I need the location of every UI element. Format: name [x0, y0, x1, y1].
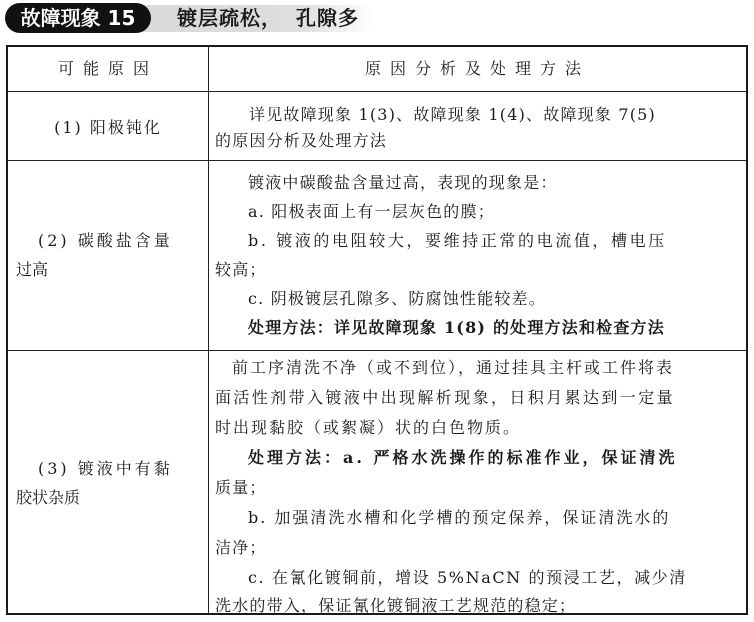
cause-cell: (2) 碳酸盐含量	[38, 231, 173, 251]
fault-title-part1: 镀层疏松，	[177, 6, 282, 30]
fault-title: 镀层疏松，孔隙多	[177, 3, 359, 33]
fault-number-badge: 故障现象 15	[5, 3, 151, 33]
header-analysis: 原因分析及处理方法	[209, 59, 746, 79]
analysis-line: 洗水的带入，保证氰化镀铜液工艺规范的稳定；	[215, 596, 576, 616]
analysis-line: 面活性剂带入镀液中出现解析现象，日积月累达到一定量	[215, 388, 675, 408]
row-divider	[8, 160, 746, 161]
troubleshooting-table: 可能原因 原因分析及处理方法 (1) 阳极钝化 详见故障现象 1(3)、故障现象…	[6, 45, 748, 615]
header-divider	[8, 91, 746, 92]
analysis-line: 前工序清洗不净（或不到位），通过挂具主杆或工件将表	[232, 358, 674, 378]
fault-title-part2: 孔隙多	[296, 6, 359, 30]
analysis-line: a. 阳极表面上有一层灰色的膜；	[248, 202, 495, 222]
cause-cell: 过高	[16, 260, 48, 280]
cause-cell: (1) 阳极钝化	[8, 118, 208, 138]
analysis-line: 详见故障现象 1(3)、故障现象 1(4)、故障现象 7(5)	[249, 105, 656, 125]
analysis-line: 处理方法：详见故障现象 1(8) 的处理方法和检查方法	[248, 318, 665, 338]
header-cause: 可能原因	[8, 59, 208, 79]
analysis-line: 较高；	[215, 260, 267, 280]
analysis-line: 洁净；	[215, 538, 267, 558]
analysis-line: 镀液中碳酸盐含量过高，表现的现象是：	[248, 173, 558, 193]
analysis-line: 质量；	[215, 478, 267, 498]
analysis-line: 的原因分析及处理方法	[215, 131, 387, 151]
analysis-line: 处理方法：a. 严格水洗操作的标准作业，保证清洗	[248, 448, 678, 468]
analysis-line: c. 阴极镀层孔隙多、防腐蚀性能较差。	[248, 289, 546, 309]
column-divider	[208, 47, 209, 613]
cause-cell: 胶状杂质	[16, 488, 80, 508]
analysis-line: b. 加强清洗水槽和化学槽的预定保养，保证清洗水的	[248, 508, 670, 528]
row-divider	[8, 350, 746, 351]
analysis-line: c. 在氰化镀铜前，增设 5%NaCN 的预浸工艺，减少清	[248, 568, 687, 588]
analysis-line: 时出现黏胶（或絮凝）状的白色物质。	[215, 418, 521, 438]
section-title: 故障现象 15 镀层疏松，孔隙多	[5, 3, 385, 33]
cause-cell: (3) 镀液中有黏	[38, 459, 173, 479]
analysis-line: b. 镀液的电阻较大，要维持正常的电流值，槽电压	[248, 231, 667, 251]
